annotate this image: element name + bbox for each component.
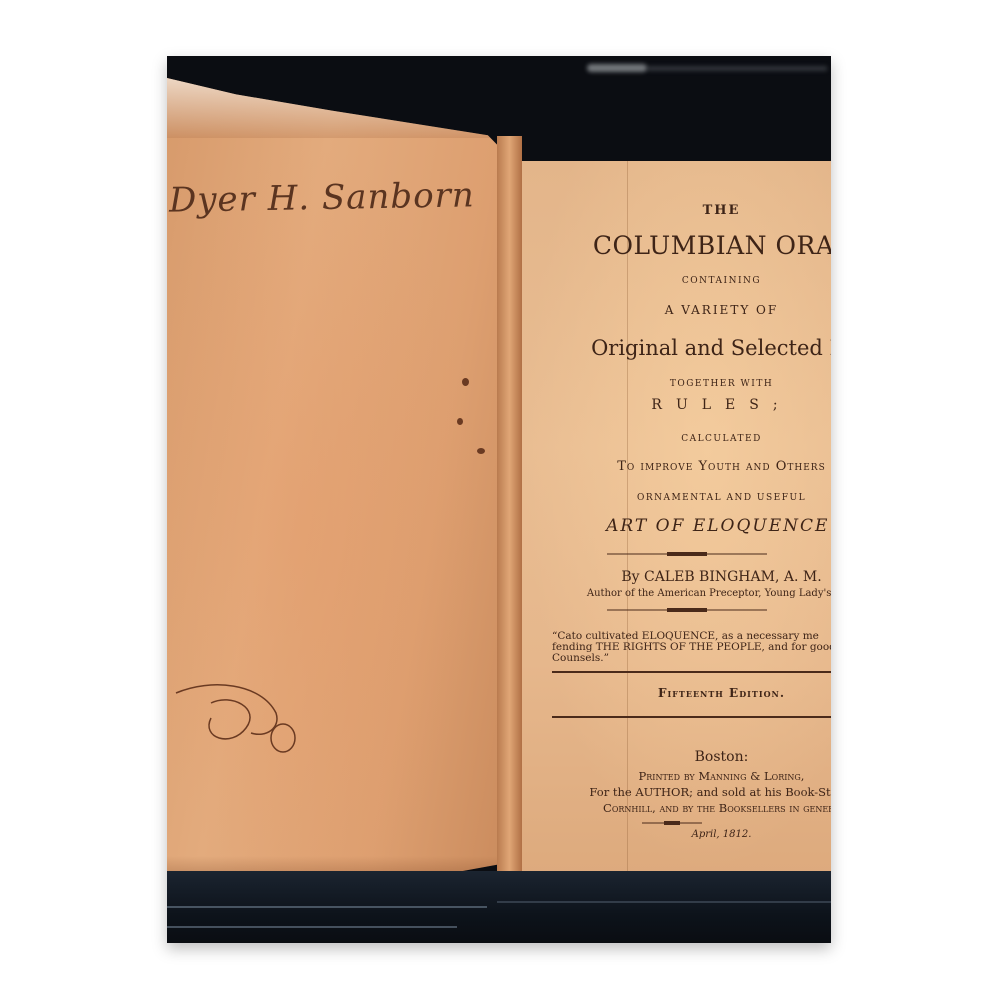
subtitle-ornamental: ORNAMENTAL AND USEFUL <box>522 493 831 503</box>
imprint-printer: Printed by Manning & Loring, <box>522 769 831 783</box>
glass-glare <box>587 64 647 72</box>
subtitle-calculated: CALCULATED <box>522 434 831 444</box>
glass-edge <box>167 926 457 928</box>
handwritten-inscription: Dyer H. Sanborn <box>169 175 475 220</box>
author-credits: Author of the American Preceptor, Young … <box>522 588 831 599</box>
ink-stain <box>477 448 485 454</box>
subtitle-rules: RULES; <box>522 397 831 413</box>
subtitle-variety: A VARIETY OF <box>522 303 831 317</box>
divider <box>552 671 831 673</box>
imprint-location: Cornhill, and by the Booksellers in gene… <box>522 801 831 815</box>
ornament-rule-icon <box>607 550 767 558</box>
edition: Fifteenth Edition. <box>522 686 831 700</box>
book-gutter <box>497 136 522 876</box>
subtitle-together: TOGETHER WITH <box>522 379 831 389</box>
imprint-city: Boston: <box>522 749 831 765</box>
glass-edge <box>497 901 831 903</box>
pen-scribble-icon <box>171 668 301 758</box>
left-endpaper: Dyer H. Sanborn <box>167 78 512 896</box>
title-page: THE COLUMBIAN ORAT CONTAINING A VARIETY … <box>522 161 831 876</box>
subtitle-containing: CONTAINING <box>522 276 831 286</box>
ink-stain <box>457 418 463 425</box>
ink-stain <box>462 378 469 386</box>
divider <box>552 716 831 718</box>
book-photo: Dyer H. Sanborn THE COLUMBIAN ORAT CONTA… <box>167 56 831 943</box>
title-the: THE <box>522 203 831 218</box>
epigraph-quote: “Cato cultivated ELOQUENCE, as a necessa… <box>552 631 831 664</box>
subtitle-art: ART OF ELOQUENCE. <box>522 516 831 536</box>
subtitle-improve: To improve Youth and Others <box>522 459 831 474</box>
ornament-rule-icon <box>607 606 767 614</box>
book-title: COLUMBIAN ORAT <box>522 231 831 260</box>
imprint-seller: For the AUTHOR; and sold at his Book-Sto… <box>522 785 831 799</box>
imprint-date: April, 1812. <box>522 829 831 840</box>
glass-glare <box>647 66 827 71</box>
subtitle-original: Original and Selected PI <box>522 336 831 360</box>
ornament-rule-icon <box>642 819 702 827</box>
author-byline: By CALEB BINGHAM, A. M. <box>522 569 831 585</box>
glass-edge <box>167 906 487 908</box>
